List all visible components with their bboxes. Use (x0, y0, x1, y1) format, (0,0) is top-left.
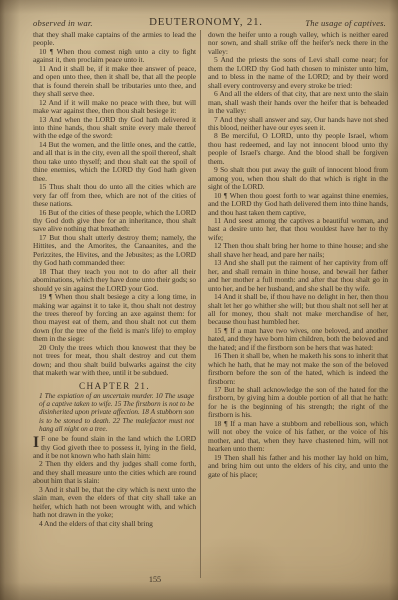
verse-paragraph: 14 And it shall be, if thou have no deli… (208, 293, 388, 327)
verse-paragraph: 16 But of the cities of these people, wh… (33, 209, 196, 234)
verse-paragraph: 12 And if it will make no peace with the… (33, 99, 196, 116)
running-head: observed in war. DEUTERONOMY, 21. The us… (33, 16, 388, 30)
verse-paragraph: 6 And all the elders of that city, that … (208, 90, 388, 115)
verse-paragraph: 18 ¶ If a man have a stubborn and rebell… (208, 420, 388, 454)
verse-paragraph: 7 And they shall answer and say, Our han… (208, 116, 388, 133)
verse-paragraph: 11 And seest among the captives a beauti… (208, 217, 388, 242)
verse-paragraph: 17 But thou shalt utterly destroy them; … (33, 234, 196, 268)
verse-paragraph: 8 Be merciful, O LORD, unto thy people I… (208, 132, 388, 166)
verse-paragraph: 19 Then shall his father and his mother … (208, 454, 388, 479)
verse-paragraph: 13 And she shall put the raiment of her … (208, 259, 388, 293)
verse-paragraph: 12 Then thou shalt bring her home to thi… (208, 242, 388, 259)
verse-paragraph: down the heifer unto a rough valley, whi… (208, 31, 388, 56)
verse-paragraph: 15 ¶ If a man have two wives, one belove… (208, 327, 388, 352)
page-number: 155 (138, 575, 172, 584)
verse-paragraph: 2 Then thy elders and thy judges shall c… (33, 460, 196, 485)
column-divider (200, 30, 201, 578)
drop-cap: I (33, 435, 41, 451)
chapter-heading: CHAPTER 21. (33, 382, 196, 390)
verse-paragraph: that they shall make captains of the arm… (33, 31, 196, 48)
verse-paragraph: 20 Only the trees which thou knowest tha… (33, 344, 196, 378)
verse-paragraph: 10 ¶ When thou goest forth to war agains… (208, 192, 388, 217)
verse-paragraph: 18 That they teach you not to do after a… (33, 268, 196, 293)
left-column: that they shall make captains of the arm… (33, 31, 196, 581)
verse-paragraph: 19 ¶ When thou shalt besiege a city a lo… (33, 293, 196, 344)
running-head-left: observed in war. (33, 18, 93, 28)
page-title: DEUTERONOMY, 21. (149, 16, 263, 28)
verse-paragraph: 5 And the priests the sons of Levi shall… (208, 56, 388, 90)
verse-paragraph: 4 And the elders of that city shall brin… (33, 520, 196, 528)
bible-page: observed in war. DEUTERONOMY, 21. The us… (0, 0, 398, 600)
chapter-summary: 1 The expiation of an uncertain murder. … (39, 392, 194, 433)
verse-paragraph: 3 And it shall be, that the city which i… (33, 486, 196, 520)
verse-paragraph: 10 ¶ When thou comest nigh unto a city t… (33, 48, 196, 65)
verse-paragraph-dropcap: IF one be found slain in the land which … (33, 435, 196, 460)
verse-paragraph: 15 Thus shalt thou do unto all the citie… (33, 183, 196, 208)
verse-paragraph: 14 But the women, and the little ones, a… (33, 141, 196, 183)
verse-paragraph: 11 And it shall be, if it make thee answ… (33, 65, 196, 99)
right-column: down the heifer unto a rough valley, whi… (208, 31, 388, 581)
verse-paragraph: 9 So shalt thou put away the guilt of in… (208, 166, 388, 191)
verse-paragraph: 16 Then it shall be, when he maketh his … (208, 352, 388, 386)
verse-paragraph: 17 But he shall acknowledge the son of t… (208, 386, 388, 420)
running-head-right: The usage of captives. (305, 18, 386, 28)
verse-text: F one be found slain in the land which t… (33, 434, 196, 460)
verse-paragraph: 13 And when the LORD thy God hath delive… (33, 116, 196, 141)
